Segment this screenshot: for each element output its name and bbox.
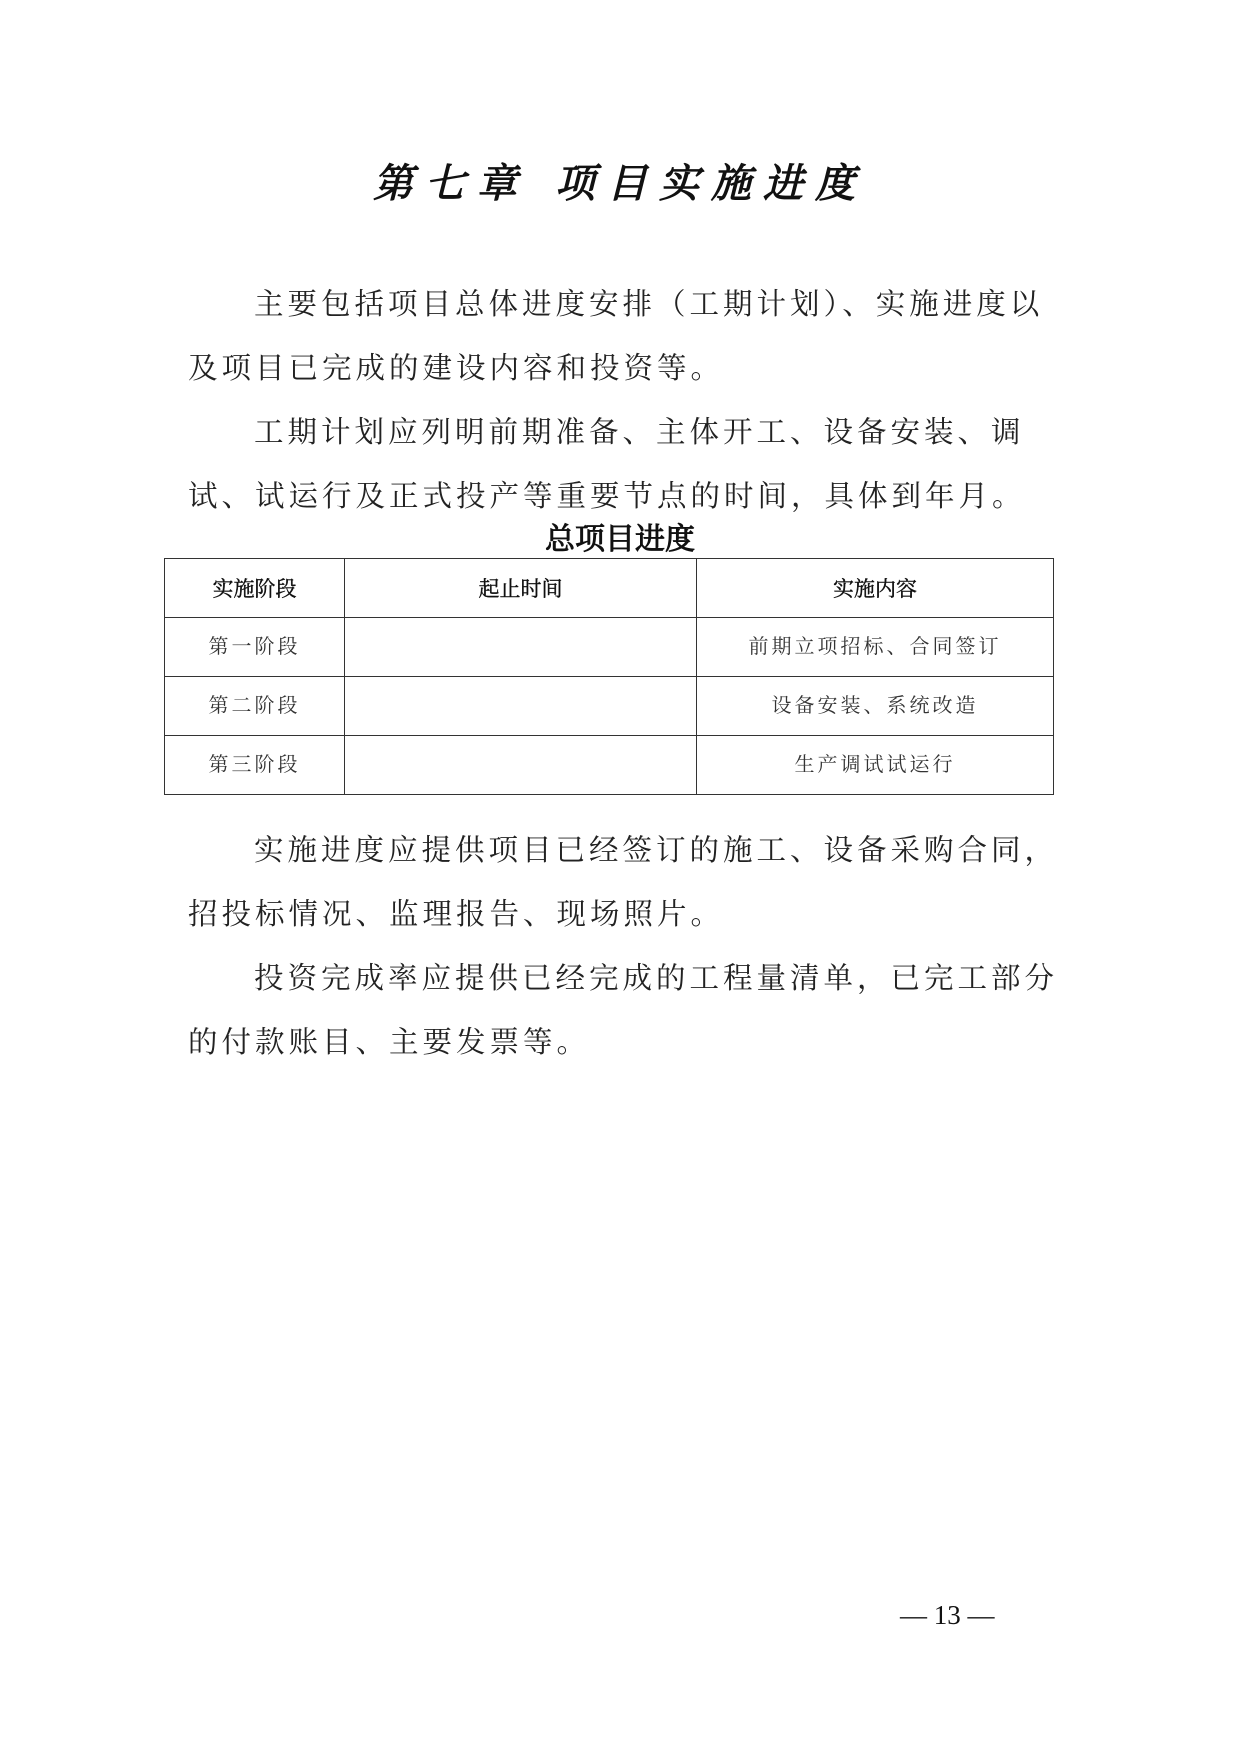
- cell-content: 前期立项招标、合同签订: [697, 618, 1054, 677]
- header-stage: 实施阶段: [165, 559, 345, 618]
- document-page: 第七章 项目实施进度 主要包括项目总体进度安排（工期计划）、实施进度以及项目已完…: [0, 0, 1240, 1753]
- paragraph-investment: 投资完成率应提供已经完成的工程量清单，已完工部分的付款账目、主要发票等。: [188, 946, 1068, 1074]
- table-header-row: 实施阶段 起止时间 实施内容: [165, 559, 1054, 618]
- paragraph-schedule: 工期计划应列明前期准备、主体开工、设备安装、调试、试运行及正式投产等重要节点的时…: [188, 400, 1068, 528]
- table-row: 第三阶段 生产调试试运行: [165, 736, 1054, 795]
- cell-content: 生产调试试运行: [697, 736, 1054, 795]
- table-row: 第二阶段 设备安装、系统改造: [165, 677, 1054, 736]
- header-period: 起止时间: [345, 559, 697, 618]
- cell-stage: 第二阶段: [165, 677, 345, 736]
- page-number: — 13 —: [900, 1600, 995, 1631]
- cell-period: [345, 736, 697, 795]
- cell-stage: 第三阶段: [165, 736, 345, 795]
- progress-table: 实施阶段 起止时间 实施内容 第一阶段 前期立项招标、合同签订 第二阶段 设备安…: [164, 558, 1054, 795]
- paragraph-overview: 主要包括项目总体进度安排（工期计划）、实施进度以及项目已完成的建设内容和投资等。: [188, 272, 1068, 400]
- paragraph-implementation: 实施进度应提供项目已经签订的施工、设备采购合同，招投标情况、监理报告、现场照片。: [188, 818, 1068, 946]
- table-row: 第一阶段 前期立项招标、合同签订: [165, 618, 1054, 677]
- header-content: 实施内容: [697, 559, 1054, 618]
- table-caption: 总项目进度: [0, 514, 1240, 558]
- cell-content: 设备安装、系统改造: [697, 677, 1054, 736]
- cell-stage: 第一阶段: [165, 618, 345, 677]
- chapter-title: 第七章 项目实施进度: [0, 152, 1240, 209]
- cell-period: [345, 677, 697, 736]
- cell-period: [345, 618, 697, 677]
